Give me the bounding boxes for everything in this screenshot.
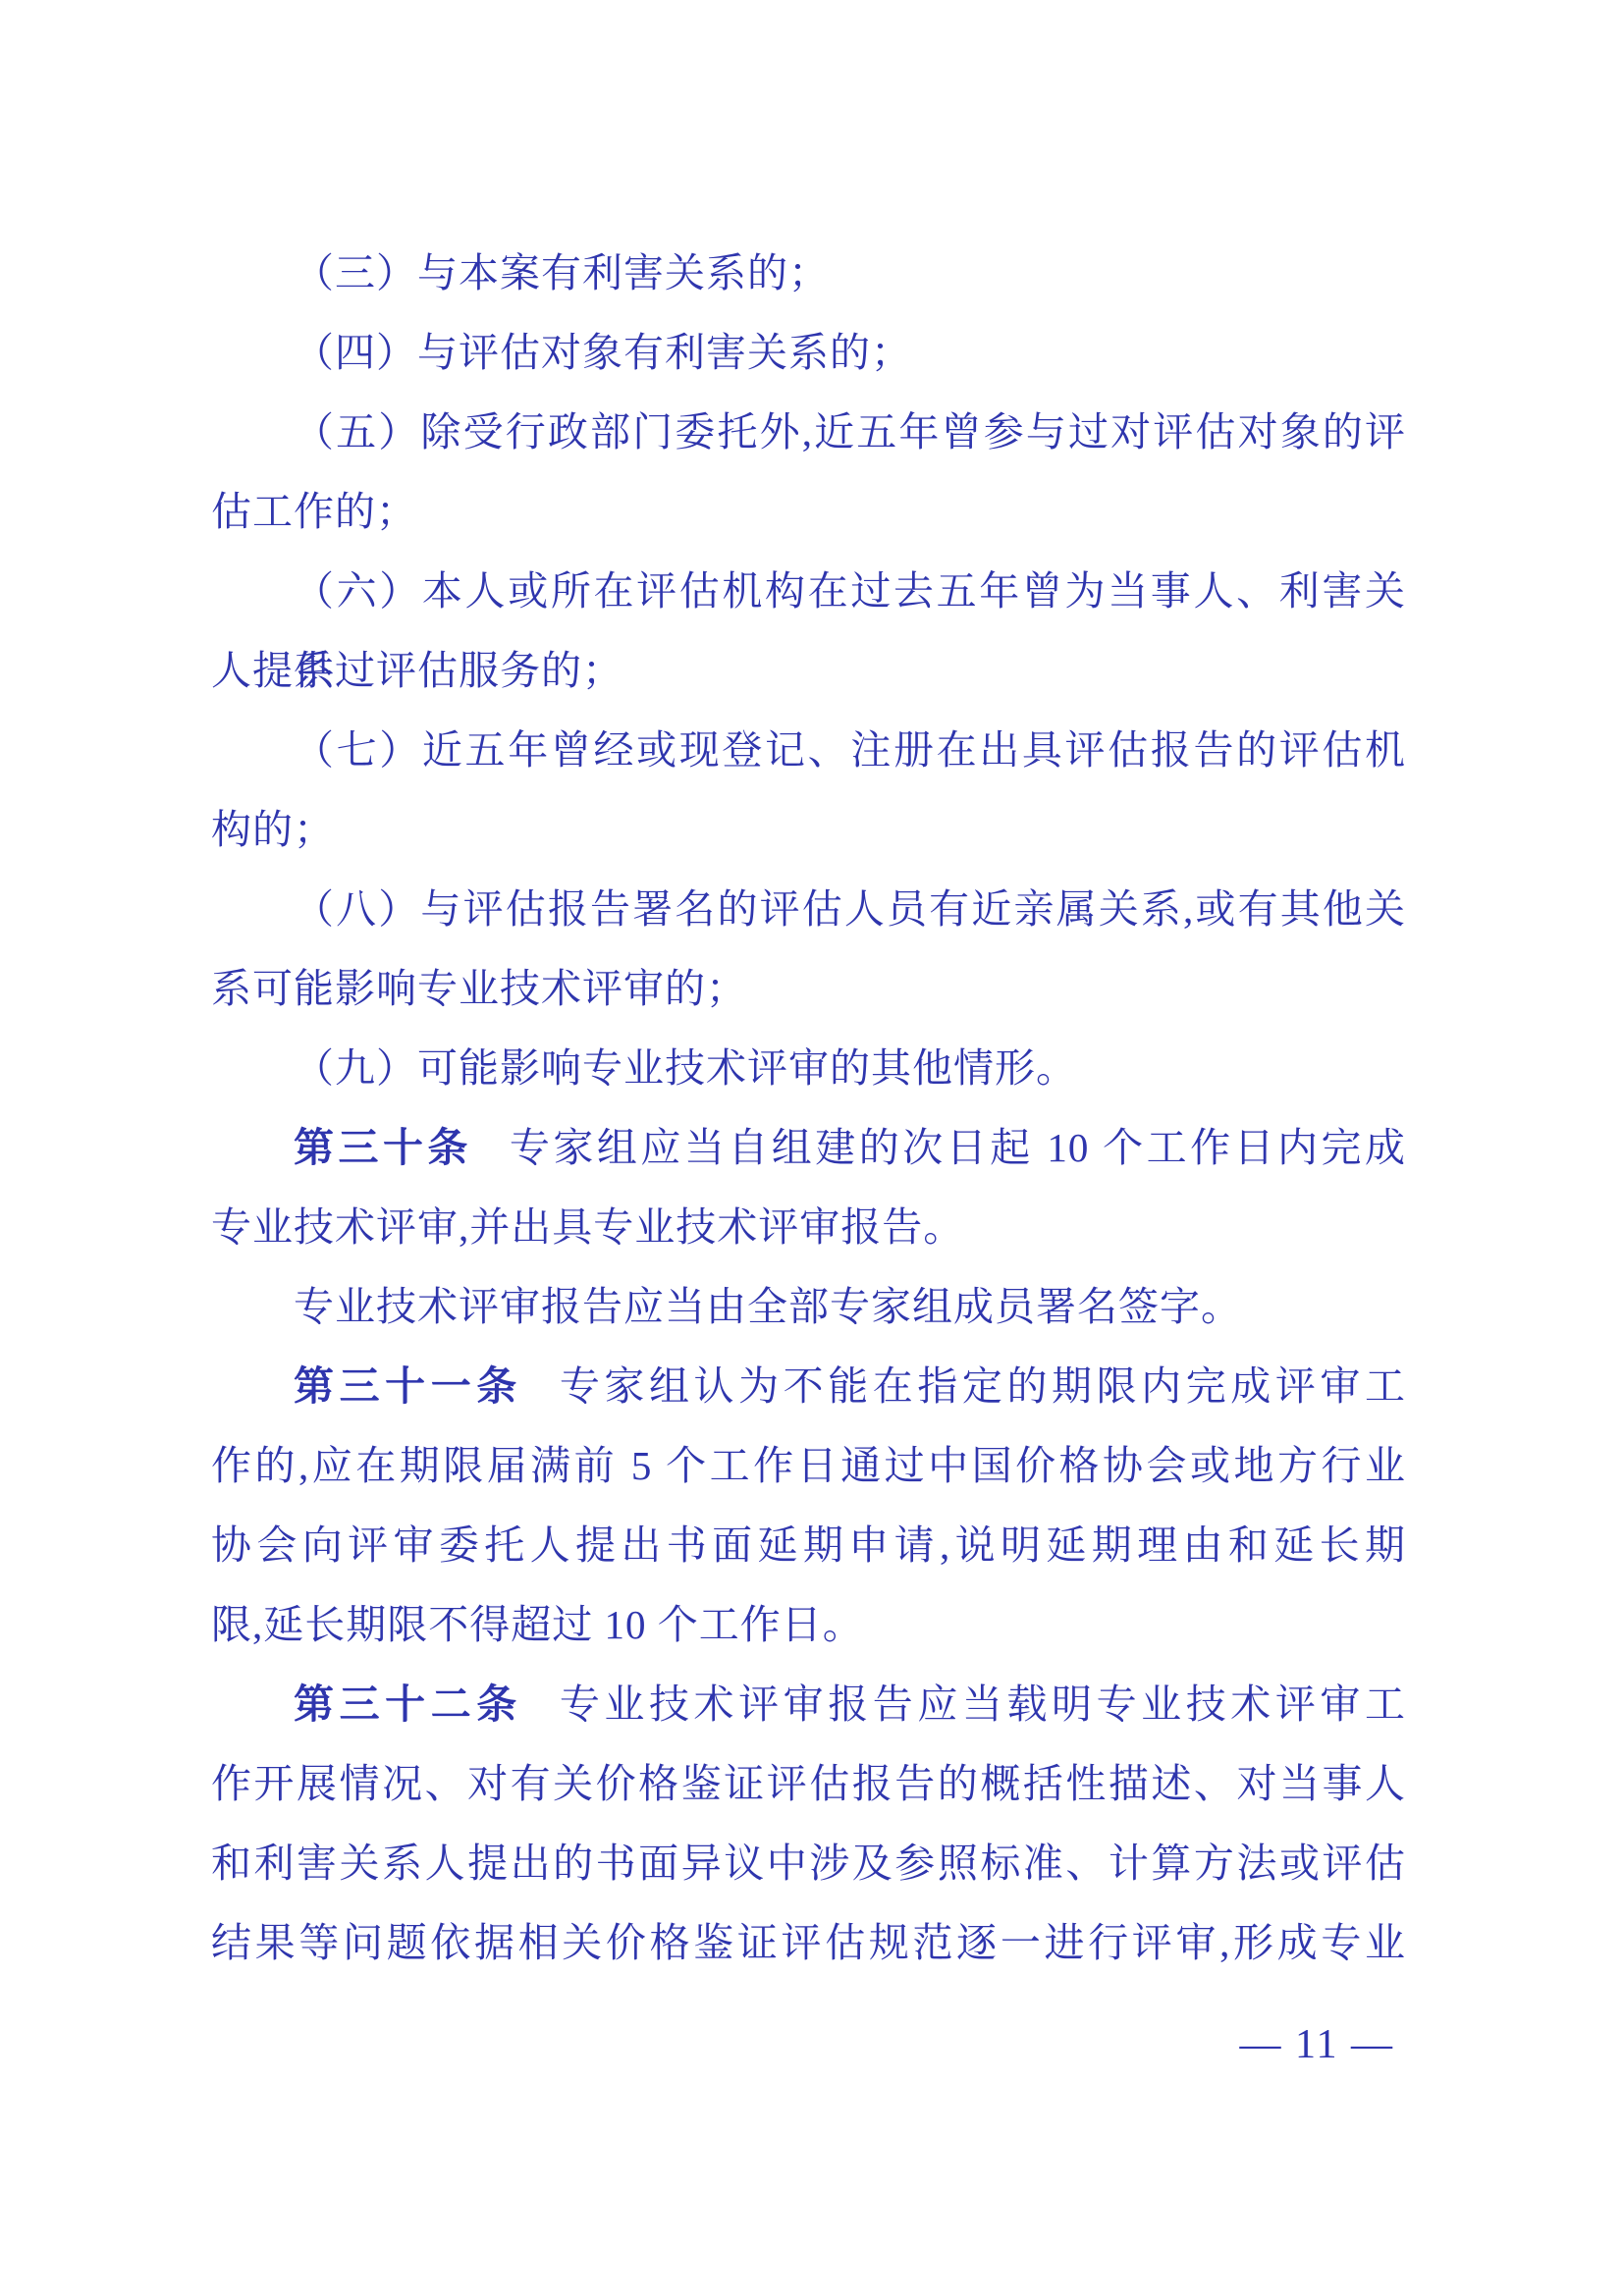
text-line: 系可能影响专业技术评审的；: [211, 949, 1406, 1029]
text-line: （九）可能影响专业技术评审的其他情形。: [211, 1029, 1406, 1108]
text-line: 限,延长期限不得超过 10 个工作日。: [211, 1585, 1406, 1665]
document-body: （三）与本案有利害关系的；（四）与评估对象有利害关系的；（五）除受行政部门委托外…: [211, 234, 1406, 1983]
text-line: 人提供过评估服务的；: [211, 631, 1406, 711]
text-line: （七）近五年曾经或现登记、注册在出具评估报告的评估机: [211, 711, 1406, 790]
text-line: 协会向评审委托人提出书面延期申请,说明延期理由和延长期: [211, 1506, 1406, 1585]
article-number: 第三十条: [294, 1125, 472, 1170]
text-line: 作的,应在期限届满前 5 个工作日通过中国价格协会或地方行业: [211, 1426, 1406, 1506]
text-line: （八）与评估报告署名的评估人员有近亲属关系,或有其他关: [211, 870, 1406, 949]
line-text: 专业技术评审报告应当载明专业技术评审工: [560, 1682, 1406, 1727]
text-line: 专业技术评审报告应当由全部专家组成员署名签字。: [211, 1267, 1406, 1347]
text-line: 第三十一条专家组认为不能在指定的期限内完成评审工: [211, 1347, 1406, 1426]
article-number: 第三十二条: [294, 1682, 522, 1727]
text-line: 作开展情况、对有关价格鉴证评估报告的概括性描述、对当事人: [211, 1744, 1406, 1824]
page-background: （三）与本案有利害关系的；（四）与评估对象有利害关系的；（五）除受行政部门委托外…: [0, 0, 1623, 2296]
text-line: 估工作的；: [211, 472, 1406, 552]
text-line: 结果等问题依据相关价格鉴证评估规范逐一进行评审,形成专业: [211, 1903, 1406, 1983]
page-number: — 11 —: [1240, 2020, 1394, 2069]
text-line: （六）本人或所在评估机构在过去五年曾为当事人、利害关系: [211, 552, 1406, 631]
line-text: 专家组认为不能在指定的期限内完成评审工: [560, 1363, 1406, 1409]
text-line: 和利害关系人提出的书面异议中涉及参照标准、计算方法或评估: [211, 1824, 1406, 1903]
text-line: （三）与本案有利害关系的；: [211, 234, 1406, 313]
line-text: 专家组应当自组建的次日起 10 个工作日内完成: [510, 1125, 1406, 1170]
text-line: 构的；: [211, 790, 1406, 870]
text-line: （四）与评估对象有利害关系的；: [211, 313, 1406, 393]
text-line: 专业技术评审,并出具专业技术评审报告。: [211, 1188, 1406, 1267]
document-page: { "doc": { "colors": { "ink": "#2e35ad",…: [0, 0, 1623, 2296]
text-line: 第三十条专家组应当自组建的次日起 10 个工作日内完成: [211, 1108, 1406, 1188]
article-number: 第三十一条: [294, 1363, 522, 1409]
text-line: （五）除受行政部门委托外,近五年曾参与过对评估对象的评: [211, 393, 1406, 472]
text-line: 第三十二条专业技术评审报告应当载明专业技术评审工: [211, 1665, 1406, 1744]
